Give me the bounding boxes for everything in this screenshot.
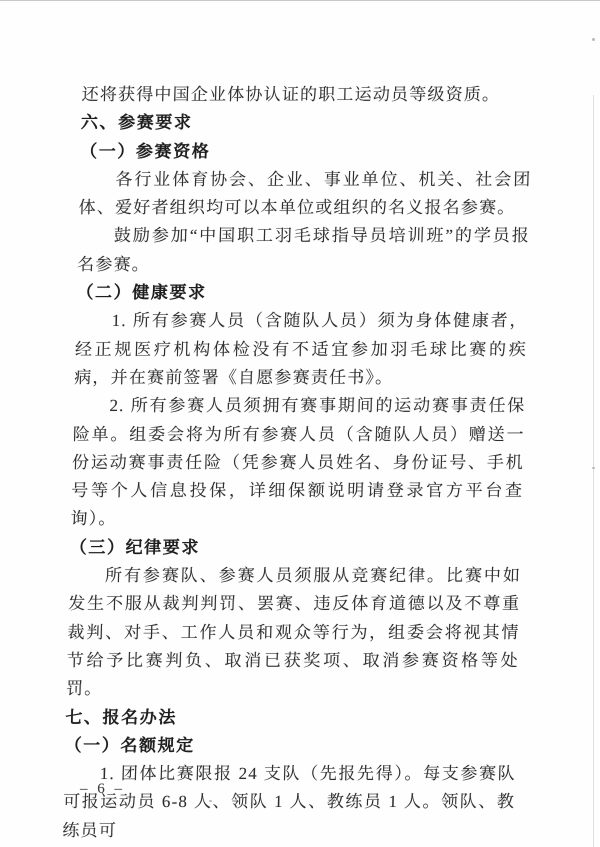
body-paragraph: 鼓励参加“中国职工羽毛球指导员培训班”的学员报名参赛。	[77, 222, 530, 279]
subsection-heading-6-3: （三）纪律要求	[69, 534, 522, 562]
section-heading-7: 七、报名办法	[65, 704, 518, 732]
scanned-document-page: 还将获得中国企业体协认证的职工运动员等级资质。 六、参赛要求 （一）参赛资格 各…	[0, 0, 600, 847]
subsection-heading-7-1: （一）名额规定	[64, 732, 517, 760]
page-number: – 6 –	[80, 781, 125, 798]
page-content: 还将获得中国企业体协认证的职工运动员等级资质。 六、参赛要求 （一）参赛资格 各…	[62, 81, 534, 845]
scan-speck	[592, 38, 595, 41]
scan-top-edge-line	[0, 0, 600, 1]
subsection-heading-6-1: （一）参赛资格	[80, 138, 533, 166]
scan-speck	[592, 467, 595, 469]
body-paragraph: 2. 所有参赛人员须拥有赛事期间的运动赛事责任保险单。组委会将为所有参赛人员（含…	[70, 392, 526, 533]
body-paragraph: 1. 团体比赛限报 24 支队（先报先得）。每支参赛队可报运动员 6-8 人、领…	[62, 760, 516, 845]
subsection-heading-6-2: （二）健康要求	[76, 279, 529, 307]
continuation-paragraph: 还将获得中国企业体协认证的职工运动员等级资质。	[81, 81, 534, 109]
body-paragraph: 各行业体育协会、企业、事业单位、机关、社会团体、爱好者组织均可以本单位或组织的名…	[78, 166, 531, 223]
body-paragraph: 所有参赛队、参赛人员须服从竞赛纪律。比赛中如发生不服从裁判判罚、罢赛、违反体育道…	[66, 562, 522, 703]
body-paragraph: 1. 所有参赛人员（含随队人员）须为身体健康者，经正规医疗机构体检没有不适宜参加…	[74, 307, 528, 392]
section-heading-6: 六、参赛要求	[81, 109, 534, 137]
scan-right-edge-line	[593, 95, 594, 847]
